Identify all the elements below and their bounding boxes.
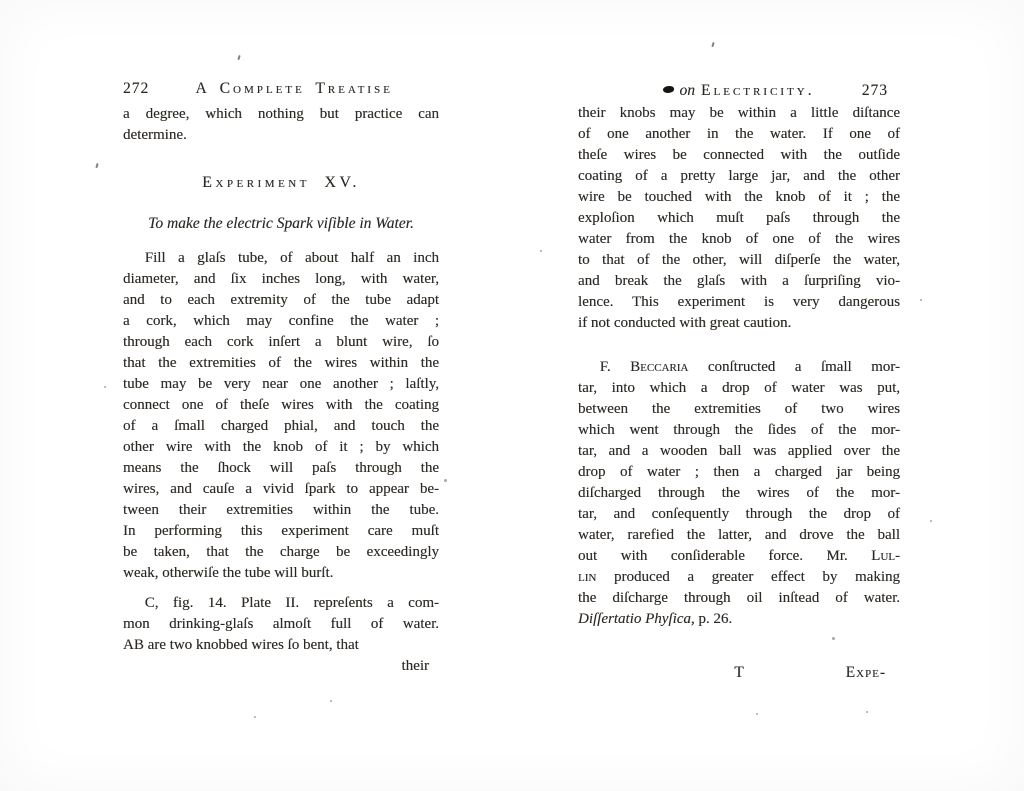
text-segment: lence. This experiment is very dangerous: [578, 294, 900, 310]
text-segment: tween their extremities within the tube.: [123, 502, 439, 518]
text-segment: out with conſiderable force. Mr.: [578, 548, 871, 564]
right-page: onElectricity. 273 their knobs may be wi…: [578, 80, 900, 683]
text-segment: the diſcharge through oil inſtead of wat…: [578, 590, 900, 606]
text-segment: diameter, and ſix inches long, with wate…: [123, 271, 439, 287]
text-line: the diſcharge through oil inſtead of wat…: [578, 588, 900, 609]
text-line: to that of the other, will diſperſe the …: [578, 250, 900, 271]
page-number-left: 272: [123, 78, 149, 100]
right-catchword: Expe-: [846, 662, 886, 683]
text-segment: Fill a glaſs tube, of about half an inch: [145, 250, 439, 266]
text-line: a degree, which nothing but practice can: [123, 104, 439, 125]
text-line: and to each extremity of the tube adapt: [123, 290, 439, 311]
text-line: theſe wires be connected with the outſid…: [578, 145, 900, 166]
text-segment: produced a greater effect by making: [596, 569, 900, 585]
running-title-left: A Complete Treatise: [149, 78, 439, 100]
text-line: exploſion which muſt paſs through the: [578, 208, 900, 229]
text-line: wire be touched with the knob of it ; th…: [578, 187, 900, 208]
text-line: between the extremities of two wires: [578, 399, 900, 420]
text-line: weak, otherwiſe the tube will burſt.: [123, 563, 439, 584]
text-line: other wire with the knob of it ; by whic…: [123, 437, 439, 458]
text-segment: and to each extremity of the tube adapt: [123, 292, 439, 308]
left-page-header: 272 A Complete Treatise: [123, 78, 439, 100]
text-segment: AB are two knobbed wires ſo bent, that: [123, 637, 359, 653]
text-segment: In performing this experiment care muſt: [123, 523, 439, 539]
left-page: 272 A Complete Treatise a degree, which …: [123, 78, 439, 677]
text-line: their knobs may be within a little diſta…: [578, 103, 900, 124]
speck: [95, 163, 98, 168]
running-title-text: Electricity.: [701, 82, 815, 99]
ink-blot: [663, 86, 674, 93]
text-segment: Beccaria: [630, 359, 688, 375]
text-segment: other wire with the knob of it ; by whic…: [123, 439, 439, 455]
speck: [104, 386, 106, 388]
text-segment: determine.: [123, 127, 187, 143]
text-segment: of a ſmall charged phial, and touch the: [123, 418, 439, 434]
text-line: if not conducted with great caution.: [578, 313, 900, 334]
speck: [444, 479, 447, 482]
text-line: of a ſmall charged phial, and touch the: [123, 416, 439, 437]
text-line: wires, and cauſe a vivid ſpark to appear…: [123, 479, 439, 500]
text-segment: wires, and cauſe a vivid ſpark to appear…: [123, 481, 439, 497]
text-line: determine.: [123, 125, 439, 146]
text-segment: be taken, that the charge be exceedingly: [123, 544, 439, 560]
left-paragraph-1: Fill a glaſs tube, of about half an inch…: [123, 248, 439, 584]
text-line: coating of a pretty large jar, and the o…: [578, 166, 900, 187]
text-segment: to that of the other, will diſperſe the …: [578, 252, 900, 268]
text-line: tar, into which a drop of water was put,: [578, 378, 900, 399]
text-segment: Lul-: [871, 548, 900, 564]
text-segment: if not conducted with great caution.: [578, 315, 791, 331]
left-catchword: their: [402, 658, 430, 674]
text-segment: connect one of theſe wires with the coat…: [123, 397, 439, 413]
speck: [832, 637, 835, 640]
text-segment: means the ſhock will paſs through the: [123, 460, 439, 476]
text-line: tube may be very near one another ; laſt…: [123, 374, 439, 395]
text-line: F. Beccaria conſtructed a ſmall mor-: [578, 357, 900, 378]
speck: [920, 299, 922, 301]
text-line: of one another in the water. If one of: [578, 124, 900, 145]
text-segment: F.: [600, 359, 630, 375]
text-segment: and break the glaſs with a ſurpriſing vi…: [578, 273, 900, 289]
text-segment: wire be touched with the knob of it ; th…: [578, 189, 900, 205]
text-line: Diſſertatio Phyſica, p. 26.: [578, 609, 900, 630]
text-segment: water, rarefied the latter, and drove th…: [578, 527, 900, 543]
right-page-header: onElectricity. 273: [578, 80, 900, 102]
text-line: In performing this experiment care muſt: [123, 521, 439, 542]
text-segment: their knobs may be within a little diſta…: [578, 105, 900, 121]
text-segment: C, fig. 14. Plate II. repreſents a com-: [145, 595, 439, 611]
speck: [330, 700, 332, 702]
text-segment: coating of a pretty large jar, and the o…: [578, 168, 900, 184]
text-line: diſcharged through the wires of the mor-: [578, 483, 900, 504]
text-line: tar, and a wooden ball was applied over …: [578, 441, 900, 462]
text-line: connect one of theſe wires with the coat…: [123, 395, 439, 416]
text-line: drop of water ; then a charged jar being: [578, 462, 900, 483]
running-title-prefix: on: [679, 82, 695, 99]
text-segment: exploſion which muſt paſs through the: [578, 210, 900, 226]
text-line: mon drinking-glaſs almoſt full of water.: [123, 614, 439, 635]
text-segment: a cork, which may confine the water ;: [123, 313, 439, 329]
left-intro-paragraph: a degree, which nothing but practice can…: [123, 104, 439, 146]
text-segment: conſtructed a ſmall mor-: [688, 359, 900, 375]
text-line: AB are two knobbed wires ſo bent, that: [123, 635, 439, 656]
left-catchword-row: their: [123, 656, 439, 677]
text-line: Fill a glaſs tube, of about half an inch: [123, 248, 439, 269]
running-title-right: onElectricity.: [663, 82, 814, 99]
text-line: that the extremities of the wires within…: [123, 353, 439, 374]
signature-row: T Expe-: [578, 662, 900, 683]
text-segment: drop of water ; then a charged jar being: [578, 464, 900, 480]
text-line: means the ſhock will paſs through the: [123, 458, 439, 479]
text-segment: a degree, which nothing but practice can: [123, 106, 439, 122]
text-segment: weak, otherwiſe the tube will burſt.: [123, 565, 333, 581]
right-paragraph-2: F. Beccaria conſtructed a ſmall mor-tar,…: [578, 357, 900, 630]
speck: [756, 713, 758, 715]
right-paragraph-1: their knobs may be within a little diſta…: [578, 103, 900, 334]
text-segment: which went through the ſides of the mor-: [578, 422, 900, 438]
text-line: C, fig. 14. Plate II. repreſents a com-: [123, 593, 439, 614]
speck: [254, 716, 256, 718]
speck: [711, 42, 714, 47]
text-segment: p. 26.: [695, 611, 733, 627]
text-line: diameter, and ſix inches long, with wate…: [123, 269, 439, 290]
text-segment: tube may be very near one another ; laſt…: [123, 376, 439, 392]
text-line: a cork, which may confine the water ;: [123, 311, 439, 332]
speck: [237, 55, 240, 60]
text-segment: Diſſertatio Phyſica,: [578, 611, 695, 627]
text-segment: tar, and a wooden ball was applied over …: [578, 443, 900, 459]
text-line: be taken, that the charge be exceedingly: [123, 542, 439, 563]
text-line: tar, and conſequently through the drop o…: [578, 504, 900, 525]
text-line: tween their extremities within the tube.: [123, 500, 439, 521]
text-line: water, rarefied the latter, and drove th…: [578, 525, 900, 546]
text-segment: that the extremities of the wires within…: [123, 355, 439, 371]
text-line: lin produced a greater effect by making: [578, 567, 900, 588]
text-segment: tar, into which a drop of water was put,: [578, 380, 900, 396]
text-line: lence. This experiment is very dangerous: [578, 292, 900, 313]
speck: [866, 711, 868, 713]
page-number-right: 273: [862, 80, 888, 102]
text-segment: lin: [578, 569, 596, 585]
text-line: and break the glaſs with a ſurpriſing vi…: [578, 271, 900, 292]
text-line: water from the knob of one of the wires: [578, 229, 900, 250]
signature-mark: T: [734, 664, 743, 681]
text-segment: theſe wires be connected with the outſid…: [578, 147, 900, 163]
book-scan: 272 A Complete Treatise a degree, which …: [0, 0, 1024, 791]
speck: [540, 250, 542, 252]
text-segment: tar, and conſequently through the drop o…: [578, 506, 900, 522]
text-segment: between the extremities of two wires: [578, 401, 900, 417]
text-line: out with conſiderable force. Mr. Lul-: [578, 546, 900, 567]
text-segment: water from the knob of one of the wires: [578, 231, 900, 247]
text-segment: mon drinking-glaſs almoſt full of water.: [123, 616, 439, 632]
experiment-subtitle: To make the electric Spark viſible in Wa…: [123, 213, 439, 235]
left-paragraph-2: C, fig. 14. Plate II. repreſents a com-m…: [123, 593, 439, 656]
text-segment: diſcharged through the wires of the mor-: [578, 485, 900, 501]
text-line: which went through the ſides of the mor-: [578, 420, 900, 441]
experiment-heading: Experiment XV.: [123, 172, 439, 194]
speck: [930, 520, 932, 522]
text-segment: through each cork inſert a blunt wire, ſ…: [123, 334, 439, 350]
text-segment: of one another in the water. If one of: [578, 126, 900, 142]
text-line: through each cork inſert a blunt wire, ſ…: [123, 332, 439, 353]
